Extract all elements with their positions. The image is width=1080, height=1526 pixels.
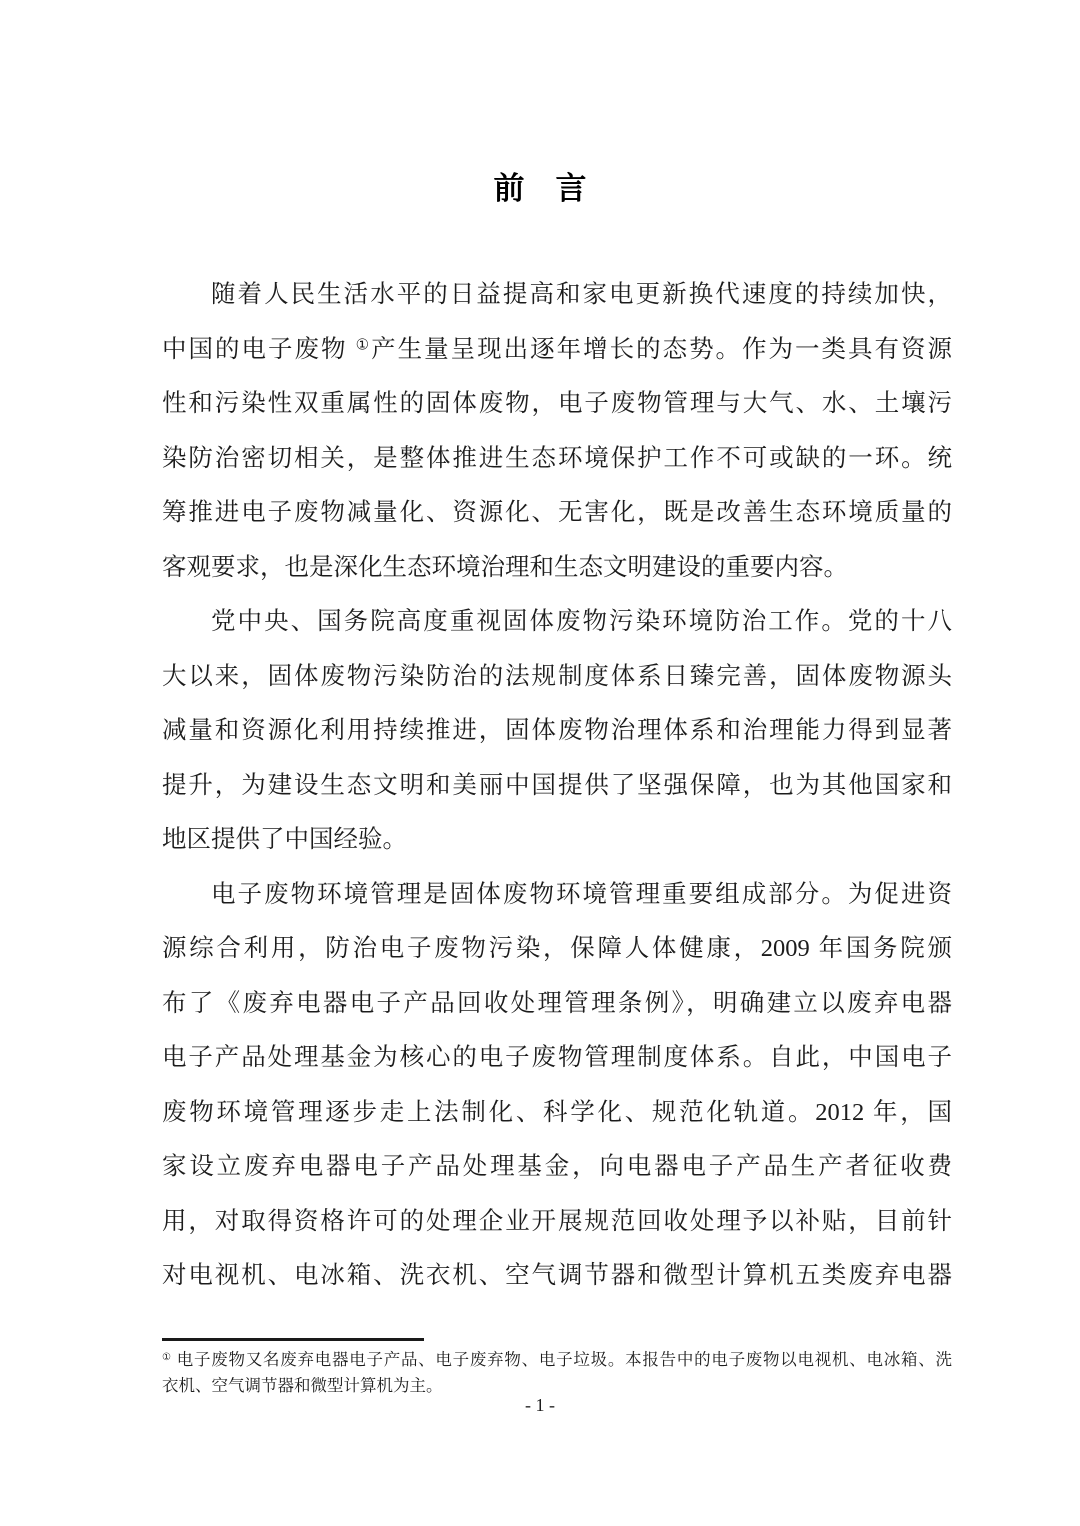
body-line: 源综合利用，防治电子废物污染，保障人体健康，2009 年国务院颁 — [162, 922, 952, 977]
page-title: 前 言 — [0, 171, 1080, 207]
body-line: 筹推进电子废物减量化、资源化、无害化，既是改善生态环境质量的 — [162, 486, 952, 541]
body-line: 地区提供了中国经验。 — [162, 813, 952, 868]
footnote-ref-marker: ① — [356, 336, 372, 353]
body-line: 染防治密切相关，是整体推进生态环境保护工作不可或缺的一环。统 — [162, 432, 952, 487]
footnote-ref-marker: ① — [162, 1352, 172, 1363]
body-line: 党中央、国务院高度重视固体废物污染环境防治工作。党的十八 — [162, 595, 952, 650]
body-line: 大以来，固体废物污染防治的法规制度体系日臻完善，固体废物源头 — [162, 650, 952, 705]
body-line: 布了《废弃电器电子产品回收处理管理条例》，明确建立以废弃电器 — [162, 977, 952, 1032]
page-number: - 1 - — [0, 1394, 1080, 1416]
body-line: 提升，为建设生态文明和美丽中国提供了坚强保障，也为其他国家和 — [162, 759, 952, 814]
body-line: 对电视机、电冰箱、洗衣机、空气调节器和微型计算机五类废弃电器 — [162, 1249, 952, 1304]
footnote-section: ① 电子废物又名废弃电器电子产品、电子废弃物、电子垃圾。本报告中的电子废物以电视… — [162, 1338, 952, 1399]
body-line: 性和污染性双重属性的固体废物，电子废物管理与大气、水、土壤污 — [162, 377, 952, 432]
body-line: 中国的电子废物 ①产生量呈现出逐年增长的态势。作为一类具有资源 — [162, 323, 952, 378]
document-body: 随着人民生活水平的日益提高和家电更新换代速度的持续加快，中国的电子废物 ①产生量… — [162, 268, 952, 1304]
body-line: 电子产品处理基金为核心的电子废物管理制度体系。自此，中国电子 — [162, 1031, 952, 1086]
body-line: 废物环境管理逐步走上法制化、科学化、规范化轨道。2012 年，国 — [162, 1086, 952, 1141]
body-line: 减量和资源化利用持续推进，固体废物治理体系和治理能力得到显著 — [162, 704, 952, 759]
body-line: 电子废物环境管理是固体废物环境管理重要组成部分。为促进资 — [162, 868, 952, 923]
footnote-divider — [162, 1338, 424, 1341]
body-line: 随着人民生活水平的日益提高和家电更新换代速度的持续加快， — [162, 268, 952, 323]
body-line: 用，对取得资格许可的处理企业开展规范回收处理予以补贴，目前针 — [162, 1195, 952, 1250]
footnote-text: ① 电子废物又名废弃电器电子产品、电子废弃物、电子垃圾。本报告中的电子废物以电视… — [162, 1347, 952, 1399]
body-line: 客观要求，也是深化生态环境治理和生态文明建设的重要内容。 — [162, 541, 952, 596]
body-line: 家设立废弃电器电子产品处理基金，向电器电子产品生产者征收费 — [162, 1140, 952, 1195]
document-page: 前 言 随着人民生活水平的日益提高和家电更新换代速度的持续加快，中国的电子废物 … — [0, 0, 1080, 1526]
footnote-line: ① 电子废物又名废弃电器电子产品、电子废弃物、电子垃圾。本报告中的电子废物以电视… — [162, 1347, 952, 1373]
